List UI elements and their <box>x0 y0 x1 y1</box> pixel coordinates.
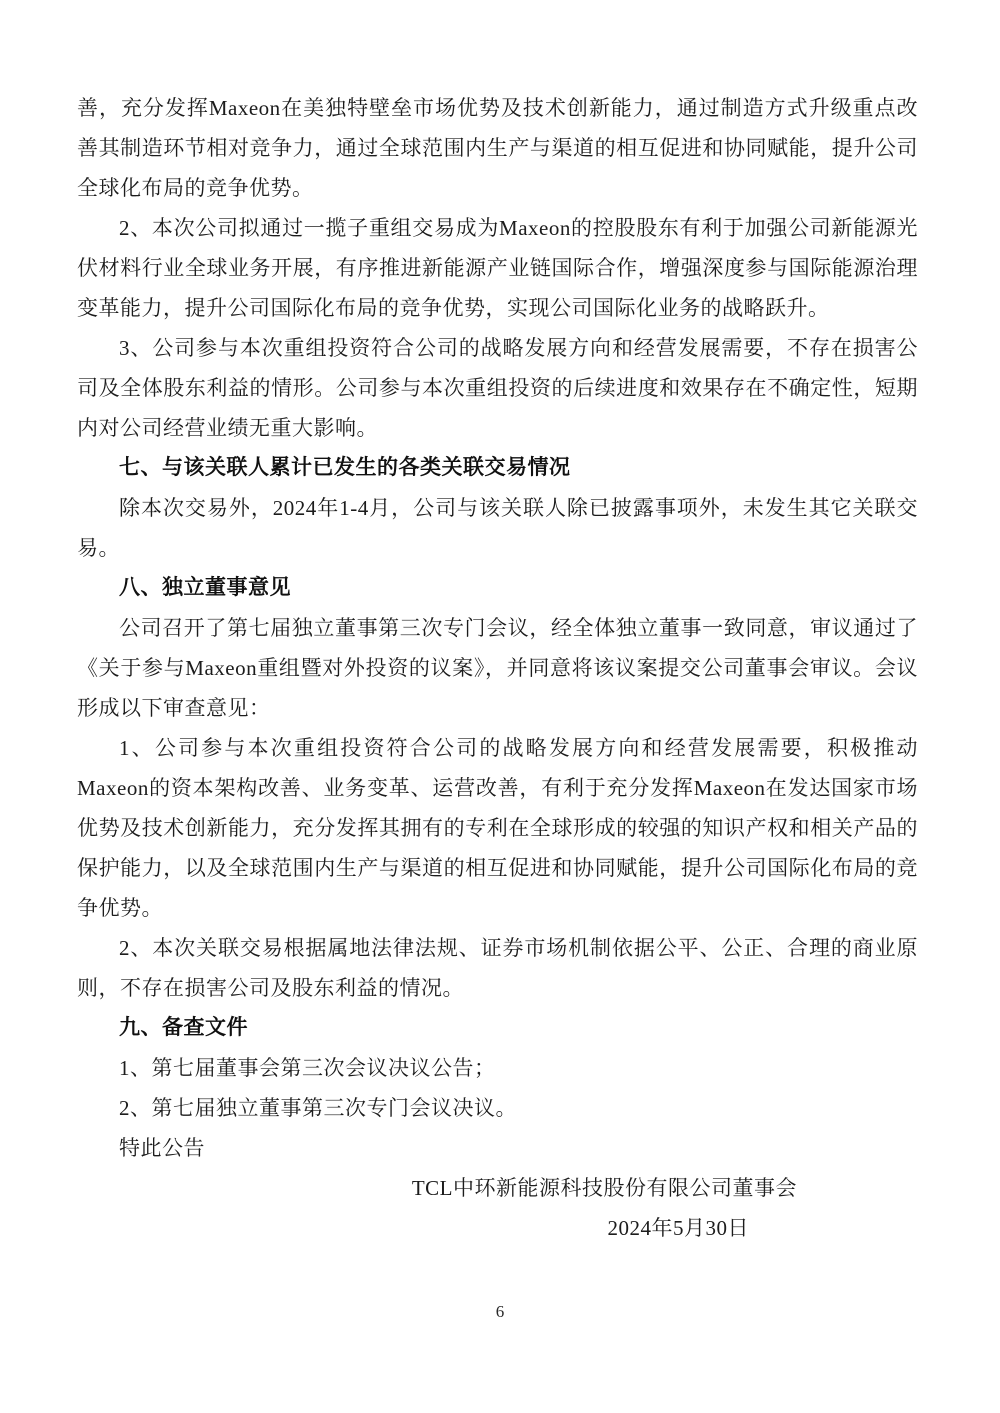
closing-statement: 特此公告 <box>77 1128 918 1168</box>
section-heading-independent-directors-opinion: 八、独立董事意见 <box>77 568 918 608</box>
document-page: 善，充分发挥Maxeon在美独特壁垒市场优势及技术创新能力，通过制造方式升级重点… <box>0 0 1000 1413</box>
paragraph-continuation: 善，充分发挥Maxeon在美独特壁垒市场优势及技术创新能力，通过制造方式升级重点… <box>77 88 918 208</box>
signature-company: TCL中环新能源科技股份有限公司董事会 <box>77 1168 797 1208</box>
paragraph-directors-meeting: 公司召开了第七届独立董事第三次专门会议，经全体独立董事一致同意，审议通过了《关于… <box>77 608 918 728</box>
signature-date: 2024年5月30日 <box>77 1208 749 1248</box>
paragraph-opinion-point-1: 1、公司参与本次重组投资符合公司的战略发展方向和经营发展需要，积极推动Maxeo… <box>77 728 918 928</box>
document-body: 善，充分发挥Maxeon在美独特壁垒市场优势及技术创新能力，通过制造方式升级重点… <box>77 88 918 1248</box>
section-heading-reference-documents: 九、备查文件 <box>77 1008 918 1048</box>
paragraph-accumulated-transactions: 除本次交易外，2024年1-4月，公司与该关联人除已披露事项外，未发生其它关联交… <box>77 488 918 568</box>
paragraph-opinion-point-2: 2、本次关联交易根据属地法律法规、证券市场机制依据公平、公正、合理的商业原则，不… <box>77 928 918 1008</box>
section-heading-accumulated-related-transactions: 七、与该关联人累计已发生的各类关联交易情况 <box>77 448 918 488</box>
paragraph-document-item-2: 2、第七届独立董事第三次专门会议决议。 <box>77 1088 918 1128</box>
page-number: 6 <box>0 1300 1000 1324</box>
paragraph-document-item-1: 1、第七届董事会第三次会议决议公告； <box>77 1048 918 1088</box>
paragraph-reorg-point-2: 2、本次公司拟通过一揽子重组交易成为Maxeon的控股股东有利于加强公司新能源光… <box>77 208 918 328</box>
paragraph-reorg-point-3: 3、公司参与本次重组投资符合公司的战略发展方向和经营发展需要，不存在损害公司及全… <box>77 328 918 448</box>
